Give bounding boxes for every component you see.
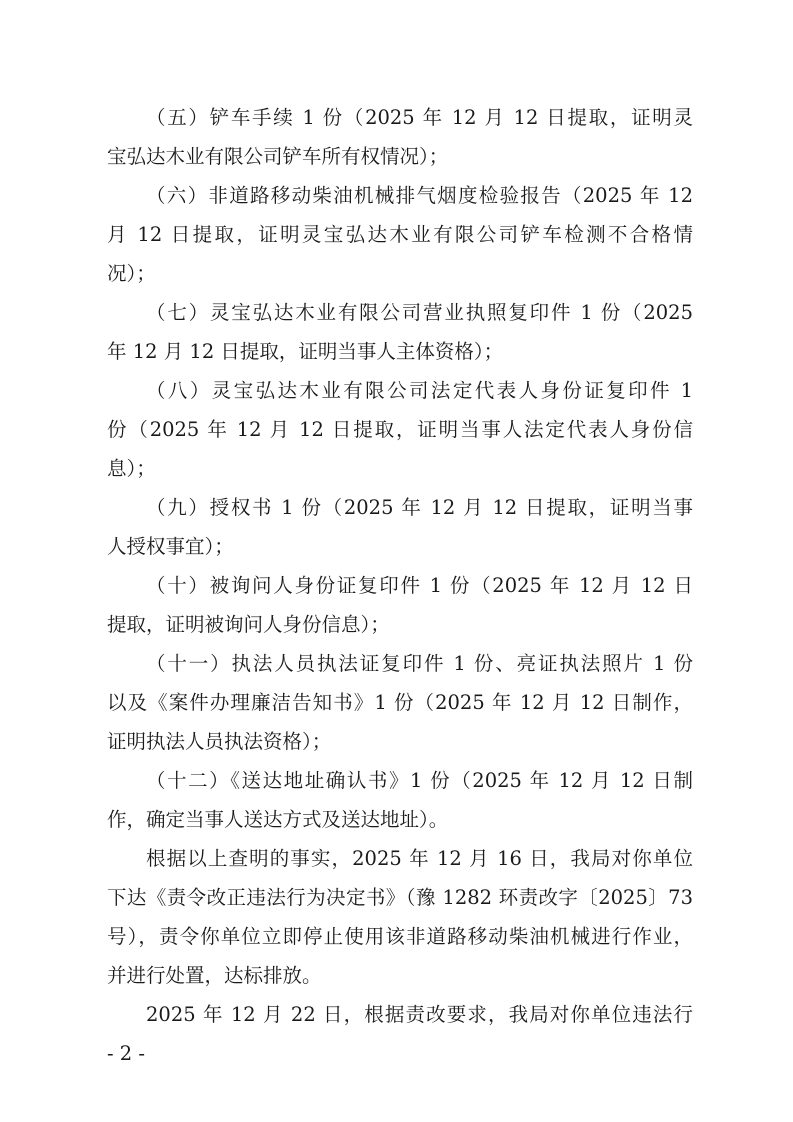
paragraph-item-9-line-1: （九）授权书 1 份（2025 年 12 月 12 日提取，证明当事 [146, 488, 693, 527]
paragraph-item-5-line-1: （五）铲车手续 1 份（2025 年 12 月 12 日提取，证明灵 [146, 98, 693, 137]
paragraph-item-9-line-2: 人授权事宜）； [107, 527, 693, 566]
paragraph-item-8-line-1: （八）灵宝弘达木业有限公司法定代表人身份证复印件 1 [146, 371, 693, 410]
document-page: （五）铲车手续 1 份（2025 年 12 月 12 日提取，证明灵 宝弘达木业… [0, 0, 793, 1122]
paragraph-item-5-line-2: 宝弘达木业有限公司铲车所有权情况）； [107, 137, 693, 176]
page-number: - 2 - [107, 1034, 145, 1073]
paragraph-conclusion-line-3: 号），责令你单位立即停止使用该非道路移动柴油机械进行作业， [107, 917, 693, 956]
paragraph-conclusion-line-4: 并进行处置，达标排放。 [107, 956, 693, 995]
paragraph-item-8-line-2: 份（2025 年 12 月 12 日提取，证明当事人法定代表人身份信 [107, 410, 693, 449]
paragraph-item-10-line-2: 提取，证明被询问人身份信息）； [107, 605, 693, 644]
paragraph-item-12-line-1: （十二）《送达地址确认书》1 份（2025 年 12 月 12 日制 [146, 761, 693, 800]
paragraph-item-6-line-1: （六）非道路移动柴油机械排气烟度检验报告（2025 年 12 [146, 176, 693, 215]
paragraph-item-8-line-3: 息）； [107, 449, 693, 488]
paragraph-conclusion-line-2: 下达《责令改正违法行为决定书》（豫 1282 环责改字〔2025〕73 [107, 878, 693, 917]
paragraph-item-11-line-1: （十一）执法人员执法证复印件 1 份、亮证执法照片 1 份 [146, 644, 693, 683]
paragraph-item-10-line-1: （十）被询问人身份证复印件 1 份（2025 年 12 月 12 日 [146, 566, 693, 605]
paragraph-item-6-line-2: 月 12 日提取，证明灵宝弘达木业有限公司铲车检测不合格情 [107, 215, 693, 254]
paragraph-item-6-line-3: 况）； [107, 254, 693, 293]
paragraph-item-11-line-3: 证明执法人员执法资格）； [107, 722, 693, 761]
paragraph-item-7-line-2: 年 12 月 12 日提取，证明当事人主体资格）； [107, 332, 693, 371]
paragraph-item-12-line-2: 作，确定当事人送达方式及送达地址）。 [107, 800, 693, 839]
paragraph-item-7-line-1: （七）灵宝弘达木业有限公司营业执照复印件 1 份（2025 [146, 293, 693, 332]
paragraph-item-11-line-2: 以及《案件办理廉洁告知书》1 份（2025 年 12 月 12 日制作， [107, 683, 693, 722]
paragraph-conclusion-line-1: 根据以上查明的事实，2025 年 12 月 16 日，我局对你单位 [146, 839, 693, 878]
paragraph-follow-up-line-1: 2025 年 12 月 22 日，根据责改要求，我局对你单位违法行 [146, 995, 693, 1034]
